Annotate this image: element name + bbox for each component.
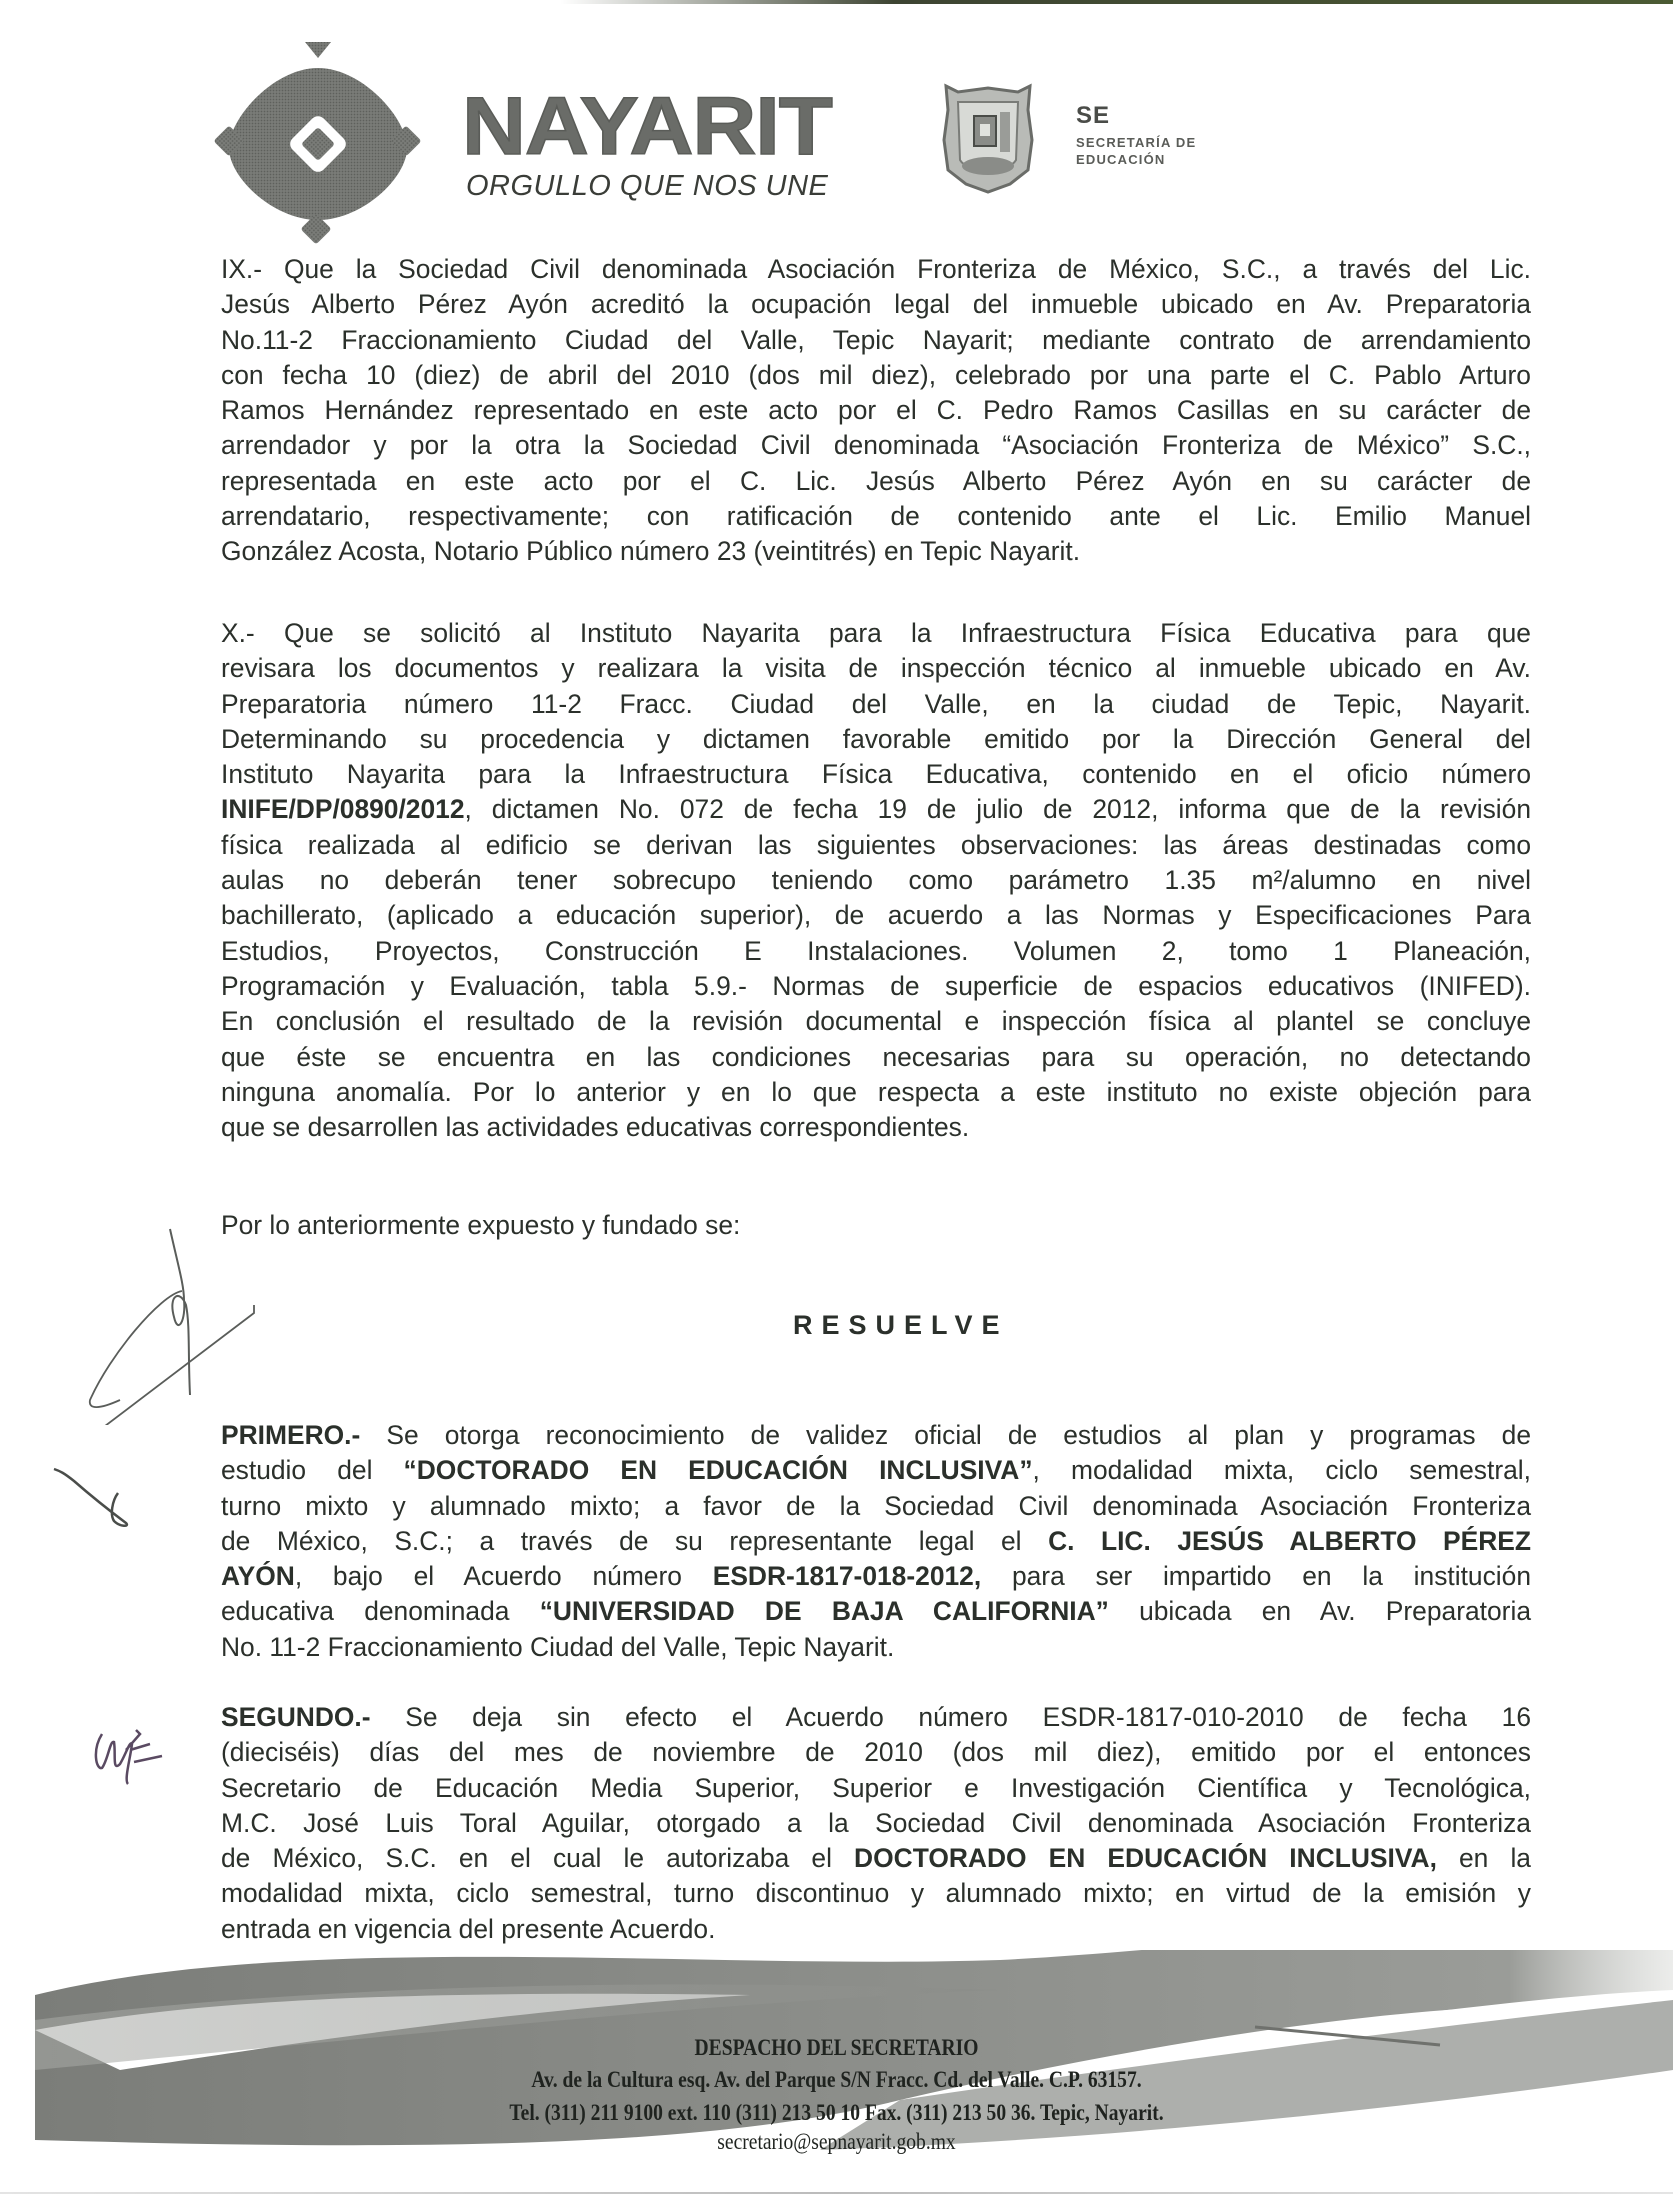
text-line: aulas no deberán tener sobrecupo teniend…	[221, 863, 1531, 898]
scan-edge-bottom	[0, 2192, 1673, 2194]
text-line: En conclusión el resultado de la revisió…	[221, 1004, 1531, 1039]
text-line: Instituto Nayarita para la Infraestructu…	[221, 757, 1531, 792]
signature-initials-1-icon	[60, 1225, 280, 1425]
resolution-segundo: SEGUNDO.- Se deja sin efecto el Acuerdo …	[221, 1700, 1531, 1947]
text-line: Estudios, Proyectos, Construcción E Inst…	[221, 934, 1531, 969]
institution-name: “UNIVERSIDAD DE BAJA CALIFORNIA”	[540, 1596, 1109, 1626]
paragraph-x: X.- Que se solicitó al Instituto Nayarit…	[221, 616, 1531, 1145]
text-fragment: , dictamen No. 072 de fecha 19 de julio …	[465, 794, 1531, 824]
text-fragment: de México, S.C.; a través de su represen…	[221, 1526, 1048, 1556]
signature-initials-3-icon	[90, 1720, 180, 1800]
text-line: revisara los documentos y realizara la v…	[221, 651, 1531, 686]
agreement-number: ESDR-1817-018-2012,	[713, 1561, 981, 1591]
text-line: (dieciséis) días del mes de noviembre de…	[221, 1735, 1531, 1770]
text-line: Secretario de Educación Media Superior, …	[221, 1771, 1531, 1806]
text-line: arrendatario, respectivamente; con ratif…	[221, 499, 1531, 534]
footer-address: Av. de la Cultura esq. Av. del Parque S/…	[125, 2068, 1547, 2091]
text-line: IX.- Que la Sociedad Civil denominada As…	[221, 252, 1531, 287]
nayarit-logo-icon	[212, 38, 426, 250]
text-line: Preparatoria número 11-2 Fracc. Ciudad d…	[221, 687, 1531, 722]
text-line: M.C. José Luis Toral Aguilar, otorgado a…	[221, 1806, 1531, 1841]
text-line: arrendador y por la otra la Sociedad Civ…	[221, 428, 1531, 463]
text-line: física realizada al edificio se derivan …	[221, 828, 1531, 863]
text-line: que éste se encuentra en las condiciones…	[221, 1040, 1531, 1075]
se-name: SECRETARÍA DE EDUCACIÓN	[1076, 134, 1196, 168]
text-fragment: de México, S.C. en el cual le autorizaba…	[221, 1843, 854, 1873]
text-fragment: Se deja sin efecto el Acuerdo número ESD…	[371, 1702, 1531, 1732]
text-fragment: , modalidad mixta, ciclo semestral,	[1033, 1455, 1531, 1485]
text-fragment: en la	[1437, 1843, 1531, 1873]
resuelve-heading: RESUELVE	[793, 1312, 1009, 1339]
text-line: que se desarrollen las actividades educa…	[221, 1110, 1531, 1145]
conclusion-intro: Por lo anteriormente expuesto y fundado …	[221, 1208, 1531, 1243]
coat-of-arms-icon	[938, 80, 1038, 194]
scan-edge	[560, 0, 1673, 4]
text-line: AYÓN, bajo el Acuerdo número ESDR-1817-0…	[221, 1559, 1531, 1594]
text-fragment: estudio del	[221, 1455, 404, 1485]
text-fragment: , bajo el Acuerdo número	[295, 1561, 713, 1591]
text-fragment: para ser impartido en la institución	[981, 1561, 1531, 1591]
text-line: Programación y Evaluación, tabla 5.9.- N…	[221, 969, 1531, 1004]
footer-email[interactable]: secretario@sepnayarit.gob.mx	[125, 2130, 1547, 2153]
text-line: educativa denominada “UNIVERSIDAD DE BAJ…	[221, 1594, 1531, 1629]
text-line: X.- Que se solicitó al Instituto Nayarit…	[221, 616, 1531, 651]
brand-tagline: ORGULLO QUE NOS UNE	[466, 172, 828, 201]
text-line: Por lo anteriormente expuesto y fundado …	[221, 1208, 1531, 1243]
program-name: “DOCTORADO EN EDUCACIÓN INCLUSIVA”	[404, 1455, 1033, 1485]
representative-name: AYÓN	[221, 1561, 295, 1591]
clause-label: SEGUNDO.-	[221, 1702, 371, 1732]
footer-office: DESPACHO DEL SECRETARIO	[125, 2036, 1547, 2059]
oficio-number: INIFE/DP/0890/2012	[221, 794, 465, 824]
text-fragment: Se otorga reconocimiento de validez ofic…	[360, 1420, 1531, 1450]
se-name-line2: EDUCACIÓN	[1076, 151, 1196, 168]
text-line: con fecha 10 (diez) de abril del 2010 (d…	[221, 358, 1531, 393]
text-line: No.11-2 Fraccionamiento Ciudad del Valle…	[221, 323, 1531, 358]
program-name: DOCTORADO EN EDUCACIÓN INCLUSIVA,	[854, 1843, 1437, 1873]
text-line: de México, S.C.; a través de su represen…	[221, 1524, 1531, 1559]
se-abbreviation: SE	[1076, 104, 1196, 128]
signature-initials-2-icon	[50, 1465, 140, 1535]
text-line: Ramos Hernández representado en este act…	[221, 393, 1531, 428]
text-line: modalidad mixta, ciclo semestral, turno …	[221, 1876, 1531, 1911]
text-line: PRIMERO.- Se otorga reconocimiento de va…	[221, 1418, 1531, 1453]
text-line: González Acosta, Notario Público número …	[221, 534, 1531, 569]
text-line: SEGUNDO.- Se deja sin efecto el Acuerdo …	[221, 1700, 1531, 1735]
text-fragment: ubicada en Av. Preparatoria	[1109, 1596, 1531, 1626]
paragraph-ix: IX.- Que la Sociedad Civil denominada As…	[221, 252, 1531, 570]
text-line: de México, S.C. en el cual le autorizaba…	[221, 1841, 1531, 1876]
representative-name: C. LIC. JESÚS ALBERTO PÉREZ	[1048, 1526, 1531, 1556]
text-line: estudio del “DOCTORADO EN EDUCACIÓN INCL…	[221, 1453, 1531, 1488]
text-line: No. 11-2 Fraccionamiento Ciudad del Vall…	[221, 1630, 1531, 1665]
text-line: representada en este acto por el C. Lic.…	[221, 464, 1531, 499]
text-line: bachillerato, (aplicado a educación supe…	[221, 898, 1531, 933]
se-name-line1: SECRETARÍA DE	[1076, 134, 1196, 151]
text-line: ninguna anomalía. Por lo anterior y en l…	[221, 1075, 1531, 1110]
text-line: entrada en vigencia del presente Acuerdo…	[221, 1912, 1531, 1947]
resolution-primero: PRIMERO.- Se otorga reconocimiento de va…	[221, 1418, 1531, 1665]
footer-phone: Tel. (311) 211 9100 ext. 110 (311) 213 5…	[125, 2101, 1547, 2124]
text-line: INIFE/DP/0890/2012, dictamen No. 072 de …	[221, 792, 1531, 827]
text-line: Jesús Alberto Pérez Ayón acreditó la ocu…	[221, 287, 1531, 322]
text-line: turno mixto y alumnado mixto; a favor de…	[221, 1489, 1531, 1524]
text-fragment: educativa denominada	[221, 1596, 540, 1626]
se-block: SE SECRETARÍA DE EDUCACIÓN	[1076, 104, 1196, 168]
text-line: Determinando su procedencia y dictamen f…	[221, 722, 1531, 757]
brand-title: NAYARIT	[462, 86, 832, 168]
